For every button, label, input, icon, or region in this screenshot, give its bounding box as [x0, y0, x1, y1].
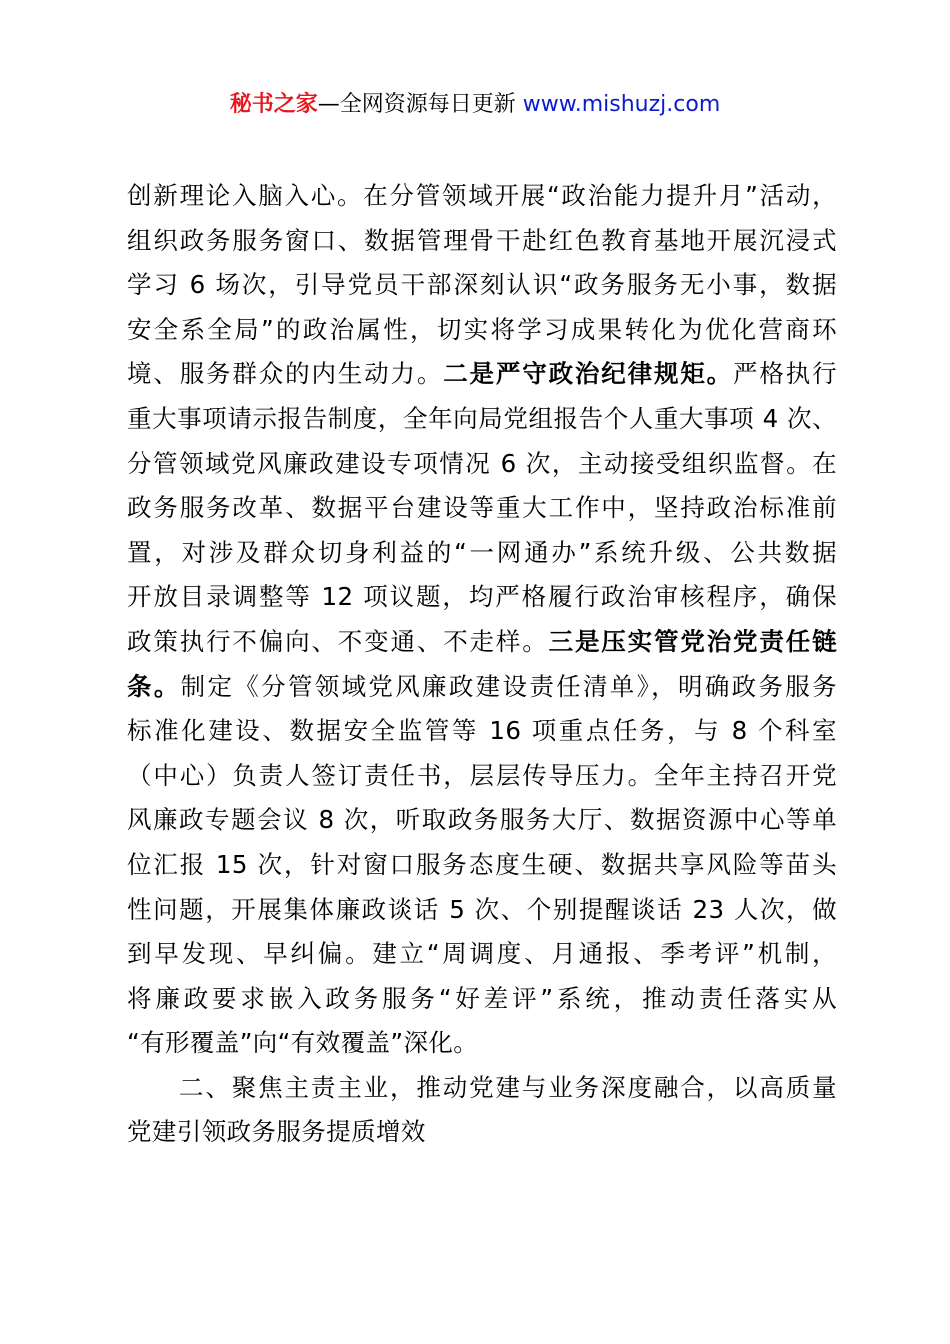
text-line: 位汇报 15 次，针对窗口服务态度生硬、数据共享风险等苗头	[127, 843, 837, 888]
text-line: 开放目录调整等 12 项议题，均严格履行政治审核程序，确保	[127, 575, 837, 620]
text-line: 风廉政专题会议 8 次，听取政务服务大厅、数据资源中心等单	[127, 798, 837, 843]
text-line: 组织政务服务窗口、数据管理骨干赴红色教育基地开展沉浸式	[127, 219, 837, 264]
text-line: 置，对涉及群众切身利益的“一网通办”系统升级、公共数据	[127, 531, 837, 576]
text-line: 学习 6 场次，引导党员干部深刻认识“政务服务无小事，数据	[127, 263, 837, 308]
text-run: 创新理论入脑入心。在分管领域开展“政治能力提升月”活动，	[127, 181, 837, 210]
text-line: 性问题，开展集体廉政谈话 5 次、个别提醒谈话 23 人次，做	[127, 888, 837, 933]
text-run: 制定《分管领域党风廉政建设责任清单》，明确政务服务	[181, 672, 837, 701]
text-run: “有形覆盖”向“有效覆盖”深化。	[127, 1028, 478, 1057]
site-header: 秘书之家—全网资源每日更新 www.mishuzj.com	[0, 88, 950, 122]
bold-heading-two: 二是严守政治纪律规矩。	[443, 359, 733, 388]
text-run: 严格执行	[733, 359, 837, 388]
text-run: 置，对涉及群众切身利益的“一网通办”系统升级、公共数据	[127, 538, 837, 567]
section-heading: 二、聚焦主责主业，推动党建与业务深度融合，以高质量	[179, 1073, 837, 1102]
text-line: 政务服务改革、数据平台建设等重大工作中，坚持政治标准前	[127, 486, 837, 531]
site-url-link[interactable]: www.mishuzj.com	[523, 92, 720, 117]
text-run: 风廉政专题会议 8 次，听取政务服务大厅、数据资源中心等单	[127, 805, 837, 834]
text-run: 到早发现、早纠偏。建立“周调度、月通报、季考评”机制，	[127, 939, 837, 968]
bold-heading-three-end: 条。	[127, 672, 181, 701]
text-line: 条。制定《分管领域党风廉政建设责任清单》，明确政务服务	[127, 665, 837, 710]
document-body: 创新理论入脑入心。在分管领域开展“政治能力提升月”活动， 组织政务服务窗口、数据…	[127, 174, 837, 1155]
text-line: 安全系全局”的政治属性，切实将学习成果转化为优化营商环	[127, 308, 837, 353]
text-line: 创新理论入脑入心。在分管领域开展“政治能力提升月”活动，	[127, 174, 837, 219]
text-run: 标准化建设、数据安全监管等 16 项重点任务，与 8 个科室	[127, 716, 837, 745]
text-line: 重大事项请示报告制度，全年向局党组报告个人重大事项 4 次、	[127, 397, 837, 442]
text-run: 境、服务群众的内生动力。	[127, 359, 443, 388]
text-run: 开放目录调整等 12 项议题，均严格履行政治审核程序，确保	[127, 582, 837, 611]
text-line: 境、服务群众的内生动力。二是严守政治纪律规矩。严格执行	[127, 352, 837, 397]
text-line: 政策执行不偏向、不变通、不走样。三是压实管党治党责任链	[127, 620, 837, 665]
text-run: 组织政务服务窗口、数据管理骨干赴红色教育基地开展沉浸式	[127, 226, 837, 255]
text-run: 性问题，开展集体廉政谈话 5 次、个别提醒谈话 23 人次，做	[127, 895, 837, 924]
text-line: 将廉政要求嵌入政务服务“好差评”系统，推动责任落实从	[127, 977, 837, 1022]
text-run: 分管领域党风廉政建设专项情况 6 次，主动接受组织监督。在	[127, 449, 837, 478]
text-run: 学习 6 场次，引导党员干部深刻认识“政务服务无小事，数据	[127, 270, 837, 299]
text-run: （中心）负责人签订责任书，层层传导压力。全年主持召开党	[127, 761, 837, 790]
text-line: 标准化建设、数据安全监管等 16 项重点任务，与 8 个科室	[127, 709, 837, 754]
text-run: 安全系全局”的政治属性，切实将学习成果转化为优化营商环	[127, 315, 837, 344]
text-run: 将廉政要求嵌入政务服务“好差评”系统，推动责任落实从	[127, 984, 837, 1013]
text-line: “有形覆盖”向“有效覆盖”深化。	[127, 1021, 837, 1066]
text-run: 政策执行不偏向、不变通、不走样。	[127, 627, 549, 656]
text-line: 分管领域党风廉政建设专项情况 6 次，主动接受组织监督。在	[127, 442, 837, 487]
text-run: 政务服务改革、数据平台建设等重大工作中，坚持政治标准前	[127, 493, 837, 522]
text-run: 位汇报 15 次，针对窗口服务态度生硬、数据共享风险等苗头	[127, 850, 837, 879]
section-heading-line: 二、聚焦主责主业，推动党建与业务深度融合，以高质量	[127, 1066, 837, 1111]
section-heading: 党建引领政务服务提质增效	[127, 1117, 426, 1146]
bold-heading-three: 三是压实管党治党责任链	[549, 627, 837, 656]
text-line: 到早发现、早纠偏。建立“周调度、月通报、季考评”机制，	[127, 932, 837, 977]
brand-name: 秘书之家	[230, 92, 318, 117]
header-tagline: —全网资源每日更新	[318, 92, 516, 117]
text-run: 重大事项请示报告制度，全年向局党组报告个人重大事项 4 次、	[127, 404, 837, 433]
section-heading-line: 党建引领政务服务提质增效	[127, 1110, 837, 1155]
text-line: （中心）负责人签订责任书，层层传导压力。全年主持召开党	[127, 754, 837, 799]
